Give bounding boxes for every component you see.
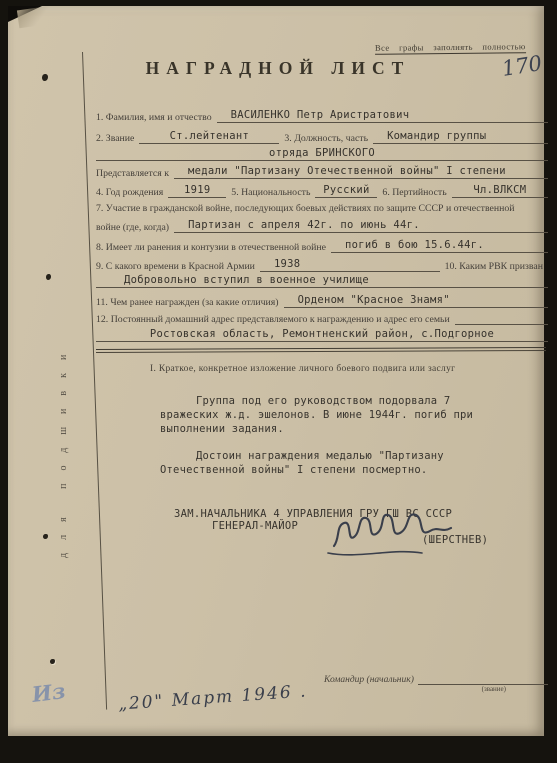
corner-fold-shade	[17, 6, 53, 29]
commander-signature-line	[418, 672, 548, 685]
form-fields: 1. Фамилия, имя и отчество ВАСИЛЕНКО Пет…	[96, 102, 548, 342]
field-party-label: 6. Пертийность	[377, 187, 451, 198]
date-handwritten: „20" Март 1946 .	[118, 681, 309, 714]
field-address-value: Ростовская область, Ремонтненский район,…	[96, 328, 548, 342]
field-wounds-label: 8. Имеет ли ранения и контузии в отечест…	[96, 242, 331, 253]
field-rvk-label: 10. Каким РВК призван	[440, 261, 548, 272]
page-number-handwritten: 170	[500, 51, 544, 82]
document-paper: Все графы заполнять полностью НАГРАДНОЙ …	[8, 6, 544, 736]
field-previous-awards: 11. Чем ранее награжден (за какие отличи…	[96, 288, 548, 308]
field-birth-label: 4. Год рождения	[96, 187, 168, 198]
filing-margin-text: для подшивки	[58, 196, 69, 558]
field-position-value: Командир группы	[373, 130, 548, 144]
field-rvk-answer: Добровольно вступил в военное училище	[96, 272, 548, 288]
field-rank-value: Ст.лейтенант	[139, 130, 279, 144]
field-birth-value: 1919	[168, 184, 226, 198]
paper-speck	[42, 74, 48, 81]
field-name-value: ВАСИЛЕНКО Петр Аристратович	[217, 109, 548, 123]
field-army-since: 9. С какого времени в Красной Армии 1938…	[96, 253, 548, 272]
citation-paragraph-2: Достоин награждения медалью "Партизану О…	[160, 449, 496, 477]
field-previous-awards-value: Орденом "Красное Знамя"	[284, 294, 548, 308]
citation-text: Группа под его руководством подорвала 7 …	[160, 394, 496, 490]
top-instruction-note: Все графы заполнять полностью	[375, 41, 526, 55]
field-recommended-award: Представляется к медали "Партизану Отече…	[96, 161, 548, 179]
field-position-value-cont: отряда БРИНСКОГО	[96, 147, 548, 161]
field-previous-awards-label: 11. Чем ранее награжден (за какие отличи…	[96, 297, 284, 308]
field-nationality-label: 5. Национальность	[226, 187, 315, 198]
field-wounds-value: погиб в бою 15.6.44г.	[331, 239, 548, 253]
field-rank-position: 2. Звание Ст.лейтенант 3. Должность, час…	[96, 123, 548, 144]
signature-autograph	[324, 496, 474, 562]
field-birth-nationality-party: 4. Год рождения 1919 5. Национальность Р…	[96, 179, 548, 198]
page-title: НАГРАДНОЙ ЛИСТ	[108, 58, 448, 79]
paper-speck	[46, 274, 51, 280]
field-nationality-value: Русский	[315, 184, 377, 198]
field-war-participation-labelline: 7. Участие в гражданской войне, последую…	[96, 198, 548, 214]
field-address-blank-line	[455, 312, 548, 325]
rank-caption: (звание)	[482, 685, 506, 693]
field-home-address-labelline: 12. Постоянный домашний адрес представля…	[96, 308, 548, 325]
signature-block: ЗАМ.НАЧАЛЬНИКА 4 УПРАВЛЕНИЯ ГРУ ГШ ВС СС…	[174, 508, 534, 532]
commander-label: Командир (начальник)	[324, 675, 418, 685]
field-home-address: Ростовская область, Ремонтненский район,…	[96, 325, 548, 342]
field-party-value: Чл.ВЛКСМ	[452, 184, 548, 198]
field-war-value: Партизан с апреля 42г. по июнь 44г.	[174, 219, 548, 233]
field-position-continuation: отряда БРИНСКОГО	[96, 144, 548, 161]
scan-background: Все графы заполнять полностью НАГРАДНОЙ …	[0, 0, 557, 763]
field-rvk-value: Добровольно вступил в военное училище	[96, 274, 548, 288]
field-war-label-line1: 7. Участие в гражданской войне, последую…	[96, 203, 519, 214]
field-name-label: 1. Фамилия, имя и отчество	[96, 112, 217, 123]
citation-heading: I. Краткое, конкретное изложение личного…	[150, 364, 455, 374]
field-war-label-line2: войне (где, когда)	[96, 222, 174, 233]
field-army-label: 9. С какого времени в Красной Армии	[96, 261, 260, 272]
field-position-label: 3. Должность, часть	[279, 133, 373, 144]
citation-paragraph-1: Группа под его руководством подорвала 7 …	[160, 394, 496, 436]
field-rank-label: 2. Звание	[96, 133, 139, 144]
field-name: 1. Фамилия, имя и отчество ВАСИЛЕНКО Пет…	[96, 102, 548, 123]
field-award-label: Представляется к	[96, 168, 174, 179]
field-award-value: медали "Партизану Отечественной войны" I…	[174, 165, 548, 179]
field-army-value: 1938	[260, 258, 440, 272]
field-address-label: 12. Постоянный домашний адрес представля…	[96, 314, 455, 325]
blue-pencil-mark: Из	[31, 678, 67, 707]
field-wounds: 8. Имеет ли ранения и контузии в отечест…	[96, 233, 548, 253]
paper-speck	[43, 534, 48, 539]
paper-speck	[50, 659, 55, 664]
commander-signature-row: Командир (начальник) (звание)	[324, 672, 548, 685]
field-war-participation: войне (где, когда) Партизан с апреля 42г…	[96, 214, 548, 233]
section-divider	[96, 347, 546, 353]
